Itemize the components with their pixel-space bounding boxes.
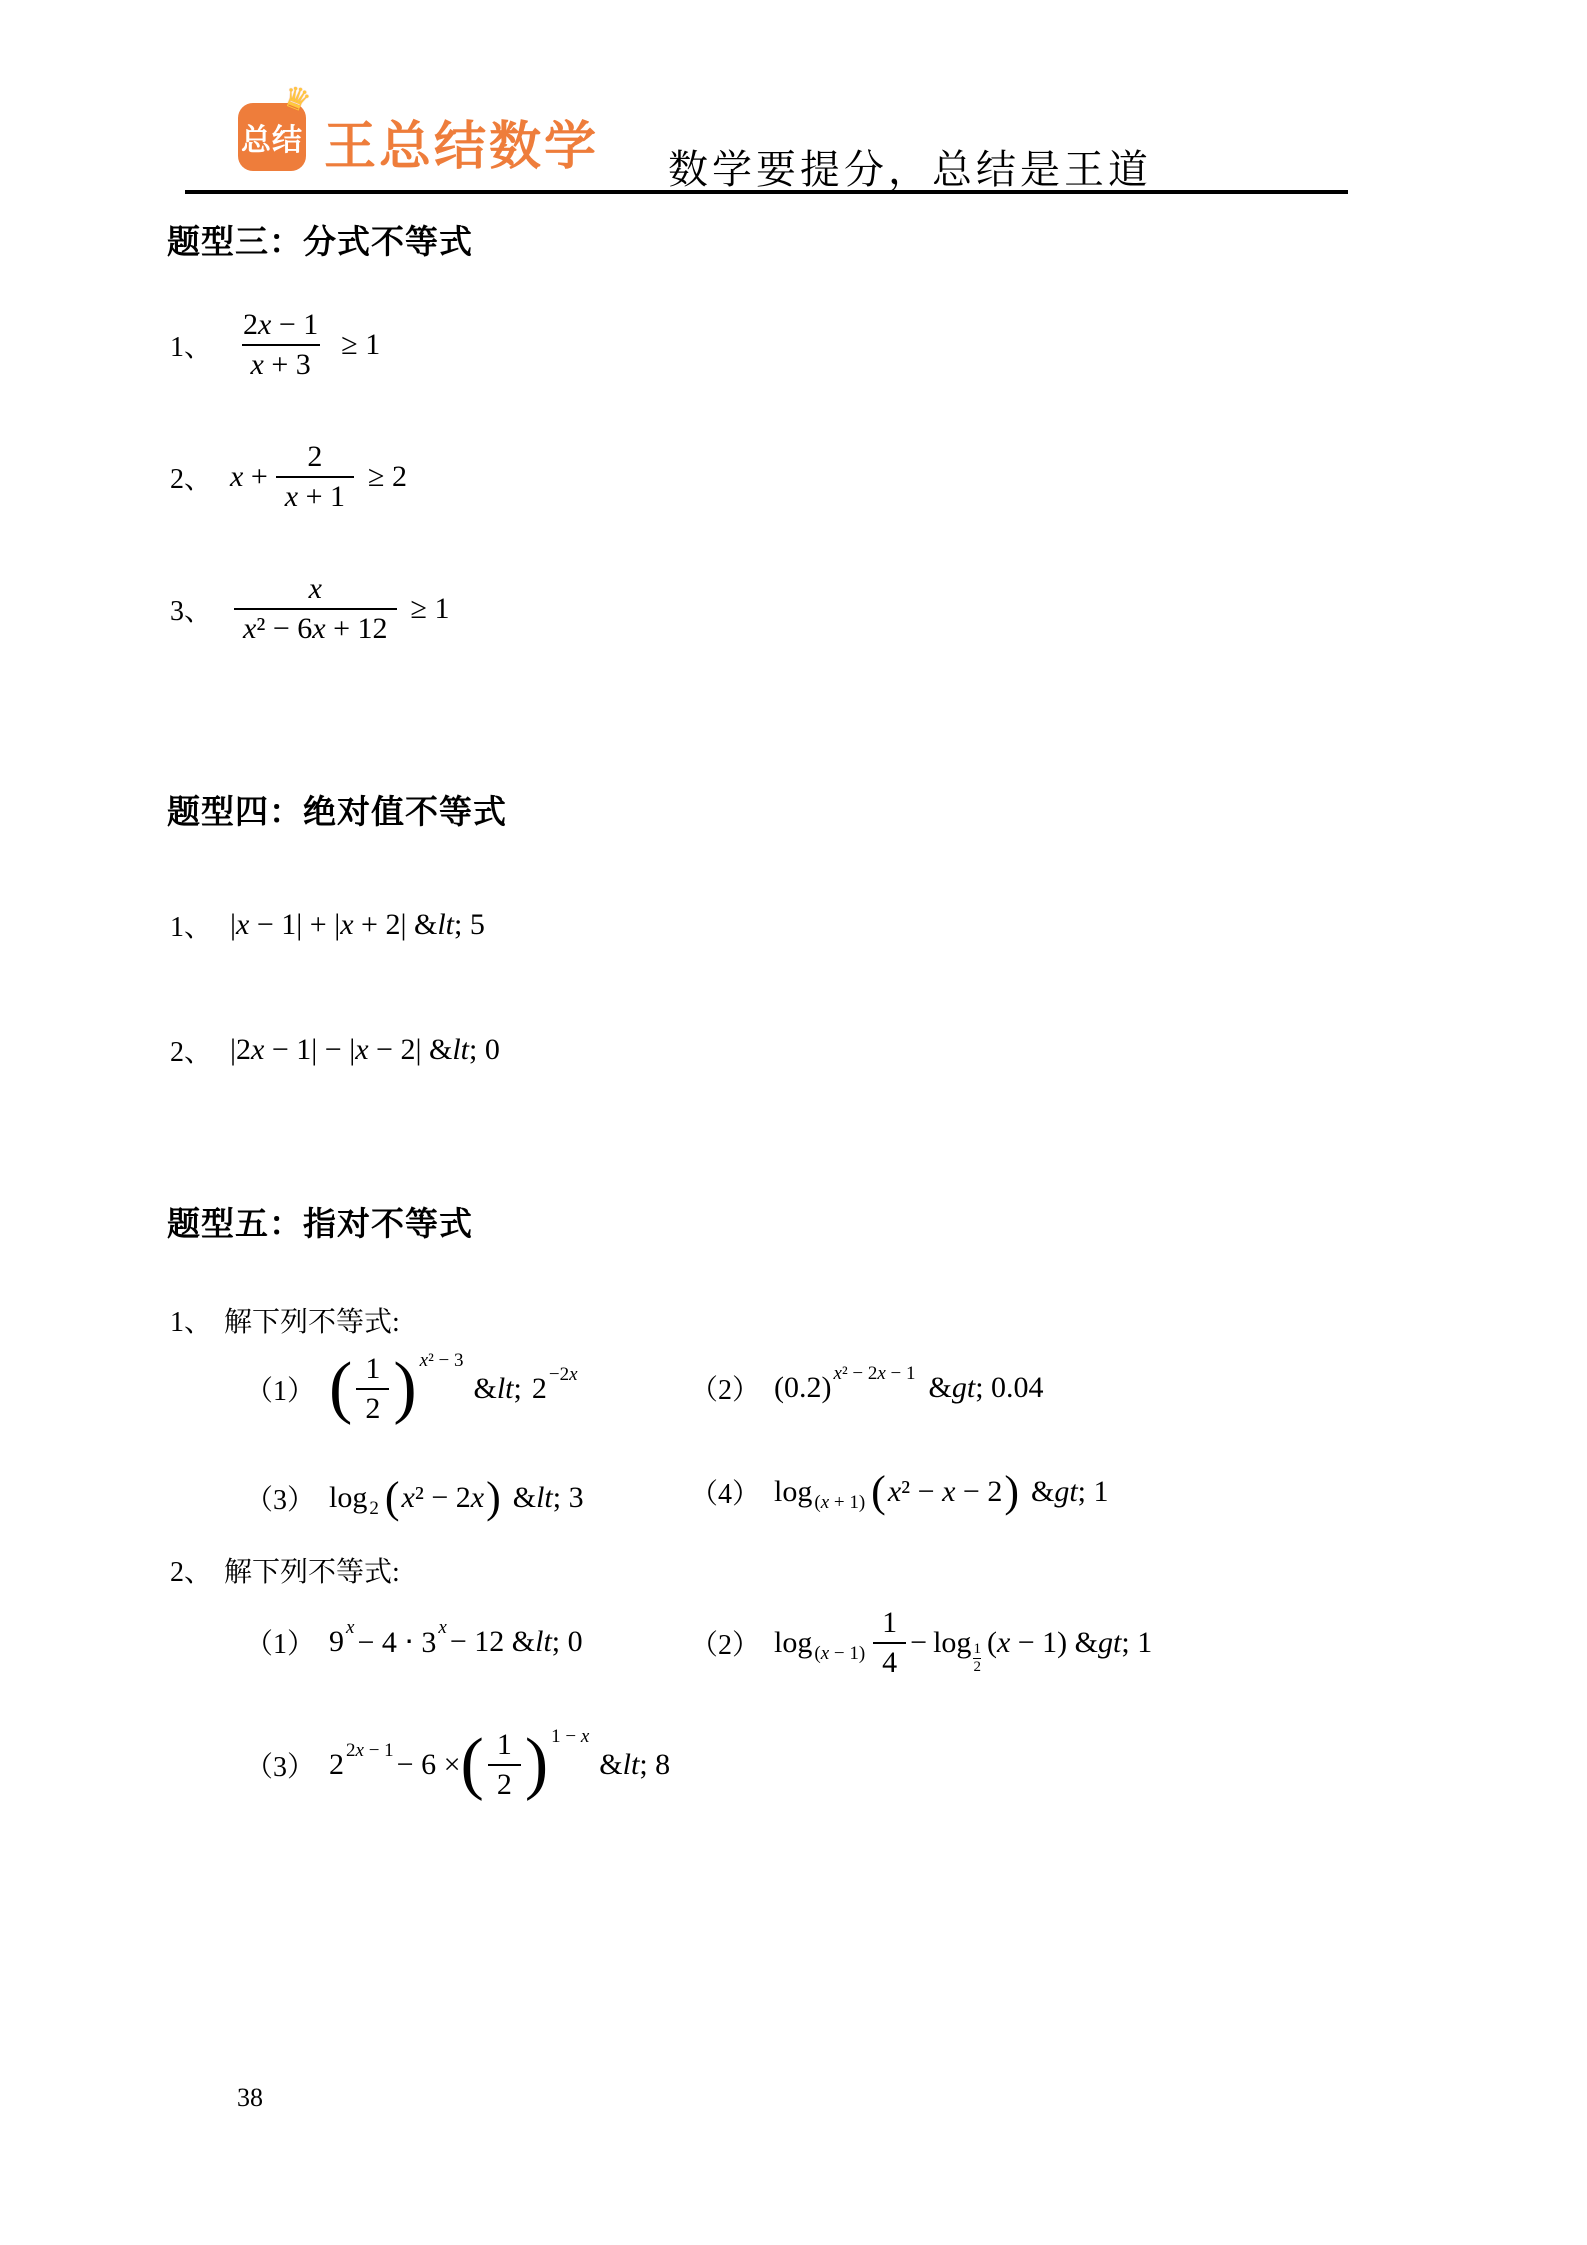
power-base: 2: [329, 1748, 344, 1782]
right-paren: ): [1004, 1474, 1019, 1509]
left-paren: (: [461, 1737, 484, 1792]
exponent: x: [346, 1617, 354, 1639]
relation: ≥ 1: [411, 592, 450, 626]
problem-s3-3: 3、 x x² − 6x + 12 ≥ 1: [170, 572, 449, 645]
brand-logo-badge-text: 总结: [241, 115, 303, 159]
problem-s3-2: 2、 x + 2 x + 1 ≥ 2: [170, 440, 407, 513]
log-base: (x + 1): [814, 1492, 865, 1514]
fraction-denominator: 2: [356, 1388, 389, 1425]
log-argument: x² − x − 2: [888, 1475, 1003, 1509]
log-function: log: [329, 1481, 367, 1515]
right-paren: ): [393, 1361, 416, 1416]
problem-s4-1: 1、 |x − 1| + |x + 2| &lt; 5: [170, 905, 485, 945]
problem-label: 3、: [170, 589, 212, 629]
problem-q2-2: （2） log (x − 1) 1 4 − log 1 2 (x − 1) &g…: [690, 1606, 1152, 1679]
power-base: (0.2): [774, 1371, 831, 1405]
exponent: 2x − 1: [346, 1740, 394, 1762]
problem-s3-1: 1、 2x − 1 x + 3 ≥ 1: [170, 308, 380, 381]
expression-middle: − 4 ⋅ 3: [357, 1625, 436, 1660]
relation: ≥ 2: [368, 460, 407, 494]
problem-q1-3: （3） log 2 ( x² − 2x ) &lt; 3: [245, 1478, 584, 1518]
exercise-instruction: 解下列不等式:: [224, 1307, 400, 1338]
problem-label: 2、: [170, 457, 212, 497]
relation: &lt;: [474, 1372, 522, 1406]
problem-q1-2: （2） (0.2) x² − 2x − 1 &gt; 0.04: [690, 1368, 1044, 1408]
problem-label: 1、: [170, 905, 212, 945]
fraction-numerator: 1: [356, 1352, 389, 1388]
fraction: 1 2: [356, 1352, 389, 1425]
log-argument: x² − 2x: [402, 1481, 485, 1515]
fraction: 2 x + 1: [276, 440, 354, 513]
exponent: x² − 2x − 1: [834, 1363, 916, 1385]
expression-lead: x +: [230, 460, 268, 494]
problem-label: （3）: [245, 1478, 315, 1518]
power-base: 9: [329, 1625, 344, 1659]
fraction-numerator: 2: [298, 440, 331, 476]
exercise-instruction: 解下列不等式:: [224, 1557, 400, 1588]
left-paren: (: [385, 1480, 400, 1515]
problem-label: （2）: [690, 1368, 760, 1408]
relation: &lt; 3: [513, 1481, 584, 1515]
problem-label: （3）: [245, 1745, 315, 1785]
brand-logo-title: 王总结数学: [324, 104, 599, 179]
fraction-numerator: 2x − 1: [234, 308, 327, 344]
exercise-label: 2、: [170, 1557, 212, 1588]
problem-q2-3: （3） 2 2x − 1 − 6 × ( 1 2 ) 1 − x &lt; 8: [245, 1728, 670, 1801]
fraction: 1 4: [873, 1606, 906, 1679]
power-group: ( 1 2 ) x² − 3: [329, 1352, 463, 1425]
fraction-denominator: 4: [873, 1642, 906, 1679]
exercise-intro-1: 1、解下列不等式:: [170, 1300, 400, 1340]
relation: &lt; 8: [599, 1748, 670, 1782]
relation: &gt; 1: [1031, 1475, 1109, 1509]
expression: |x − 1| + |x + 2| &lt; 5: [230, 908, 485, 942]
section-title-3: 题型三：分式不等式: [167, 216, 473, 263]
fraction: x x² − 6x + 12: [234, 572, 397, 645]
exercise-intro-2: 2、解下列不等式:: [170, 1550, 400, 1590]
relation: ≥ 1: [341, 328, 380, 362]
fraction-numerator: x: [300, 572, 331, 608]
expression-tail: − 12 &lt; 0: [450, 1625, 583, 1659]
exponent: 1 − x: [551, 1726, 589, 1748]
fraction: 1 2: [488, 1728, 521, 1801]
expression-middle: − 6 ×: [397, 1748, 461, 1782]
log-function: log: [774, 1626, 812, 1660]
fraction-denominator: 2: [488, 1764, 521, 1801]
worksheet-page: { "header": { "logo_badge": "总结", "logo_…: [0, 0, 1587, 2245]
problem-label: 1、: [170, 325, 212, 365]
expression: |2x − 1| − |x − 2| &lt; 0: [230, 1033, 500, 1067]
fraction-numerator: 1: [873, 1606, 906, 1642]
fraction-denominator: x + 3: [242, 344, 320, 381]
power-base: 2: [532, 1372, 547, 1406]
fraction-denominator: 2: [973, 1658, 981, 1676]
problem-label: （2）: [690, 1623, 760, 1663]
minus-operator: −: [910, 1626, 927, 1660]
section-title-5: 题型五：指对不等式: [167, 1198, 473, 1245]
expression-tail: (x − 1) &gt; 1: [987, 1626, 1152, 1660]
fraction-numerator: 1: [488, 1728, 521, 1764]
header-tagline: 数学要提分，总结是王道: [668, 138, 1152, 195]
log-function: log: [933, 1626, 971, 1660]
problem-label: （1）: [245, 1369, 315, 1409]
problem-label: （1）: [245, 1622, 315, 1662]
exponent: −2x: [549, 1364, 578, 1386]
power-group: ( 1 2 ) 1 − x: [461, 1728, 590, 1801]
exponent: x: [438, 1617, 446, 1639]
problem-q2-1: （1） 9 x − 4 ⋅ 3 x − 12 &lt; 0: [245, 1622, 583, 1662]
section-title-4: 题型四：绝对值不等式: [167, 786, 507, 833]
page-number: 38: [237, 2083, 263, 2113]
log-function: log: [774, 1475, 812, 1509]
header-divider: [185, 190, 1348, 194]
problem-s4-2: 2、 |2x − 1| − |x − 2| &lt; 0: [170, 1030, 500, 1070]
exponent: x² − 3: [420, 1350, 464, 1372]
log-base-fraction: 1 2: [973, 1642, 981, 1676]
exercise-label: 1、: [170, 1307, 212, 1338]
problem-q1-1: （1） ( 1 2 ) x² − 3 &lt; 2 −2x: [245, 1352, 581, 1425]
left-paren: (: [329, 1361, 352, 1416]
problem-q1-4: （4） log (x + 1) ( x² − x − 2 ) &gt; 1: [690, 1472, 1109, 1512]
log-base: (x − 1): [814, 1643, 865, 1665]
fraction-denominator: x + 1: [276, 476, 354, 513]
relation: &gt; 0.04: [929, 1371, 1044, 1405]
fraction: 2x − 1 x + 3: [234, 308, 327, 381]
left-paren: (: [871, 1474, 886, 1509]
fraction-denominator: x² − 6x + 12: [234, 608, 397, 645]
problem-label: 2、: [170, 1030, 212, 1070]
right-paren: ): [525, 1737, 548, 1792]
problem-label: （4）: [690, 1472, 760, 1512]
right-paren: ): [486, 1480, 501, 1515]
fraction-numerator: 1: [973, 1642, 981, 1658]
log-base: 2: [369, 1498, 379, 1520]
